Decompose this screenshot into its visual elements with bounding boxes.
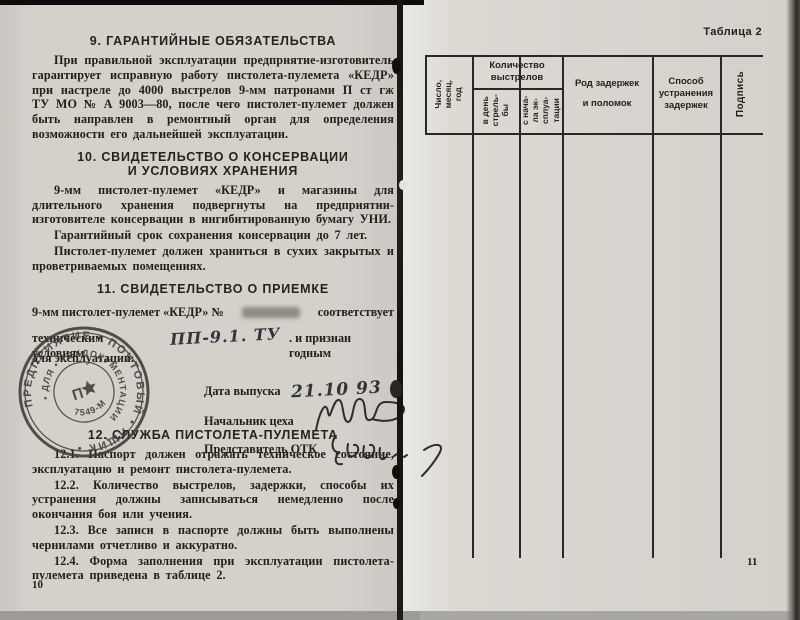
- log-table: Число, месяц, год Количество выстрелов в…: [425, 55, 763, 558]
- service-paragraph-12-4: 12.4. Форма заполнения при эксплуатации …: [32, 554, 394, 584]
- binding-paper-tear: [399, 180, 407, 190]
- stamp-outer-text: ПРЕДПРИЯТИЕ • ПОЧТОВЫЙ • ЯЩИК •: [6, 314, 162, 470]
- header-date-column: Число, месяц, год: [425, 55, 472, 133]
- svg-text:ПРЕДПРИЯТИЕ • ПОЧТОВЫЙ • ЯЩИК: ПРЕДПРИЯТИЕ • ПОЧТОВЫЙ • ЯЩИК •: [6, 314, 162, 470]
- table-caption: Таблица 2: [703, 26, 762, 38]
- section-10-heading-line1: 10. СВИДЕТЕЛЬСТВО О КОНСЕРВАЦИИ: [77, 150, 348, 164]
- header-signature-label: Подпись: [736, 71, 748, 117]
- scan-edge-right: [786, 0, 800, 620]
- chief-signature-row: Начальник цеха: [204, 414, 394, 428]
- header-shots-per-day: в день стрель- бы: [472, 88, 519, 133]
- binding-glue-spot: [392, 58, 401, 74]
- header-delays-column: Род задержек и поломок: [562, 55, 652, 133]
- otk-label: Представитель ОТК: [204, 442, 317, 456]
- storage-paragraph: Пистолет-пулемет должен храниться в сухи…: [32, 244, 394, 274]
- left-page-number: 10: [32, 579, 43, 591]
- acceptance-line-2-end: . и признан годным: [289, 331, 394, 361]
- header-remedy-column: Способ устранения задержек: [652, 55, 720, 133]
- binding-glue-spot: [392, 465, 401, 479]
- binding-glue-spot: [393, 498, 400, 509]
- header-signature-column: Подпись: [720, 55, 763, 133]
- header-shots-per-day-label: в день стрель- бы: [480, 94, 511, 126]
- book-binding: [397, 0, 403, 620]
- warranty-term-paragraph: Гарантийный срок сохранения консервации …: [32, 228, 394, 243]
- section-9-heading: 9. ГАРАНТИЙНЫЕ ОБЯЗАТЕЛЬСТВА: [32, 34, 394, 48]
- issue-date-label: Дата выпуска: [204, 384, 281, 399]
- conservation-paragraph: 9-мм пистолет-пулемет «КЕДР» и магазины …: [32, 183, 394, 227]
- acceptance-line-1-end: соответствует: [318, 305, 394, 320]
- binding-glue-spot: [390, 380, 402, 398]
- otk-signature-row: Представитель ОТК: [204, 442, 394, 456]
- section-10-heading-line2: И УСЛОВИЯХ ХРАНЕНИЯ: [32, 164, 394, 178]
- right-page-number: 11: [747, 556, 757, 568]
- serial-number-redacted: [242, 307, 300, 318]
- chief-label: Начальник цеха: [204, 414, 294, 428]
- scan-edge-top: [0, 0, 424, 5]
- header-shots-since-start: с нача- ла эк- сплуа- тации: [519, 88, 562, 133]
- section-10-heading: 10. СВИДЕТЕЛЬСТВО О КОНСЕРВАЦИИ И УСЛОВИ…: [32, 150, 394, 178]
- handwritten-tu-number: ПП-9.1. ТУ: [170, 324, 282, 349]
- service-paragraph-12-2: 12.2. Количество выстрелов, задержки, сп…: [32, 478, 394, 522]
- section-11-heading: 11. СВИДЕТЕЛЬСТВО О ПРИЕМКЕ: [32, 282, 394, 296]
- header-date-label: Число, месяц, год: [433, 80, 464, 109]
- service-paragraph-12-3: 12.3. Все записи в паспорте должны быть …: [32, 523, 394, 553]
- header-shot-count-group: Количество выстрелов: [472, 55, 562, 88]
- table-header-bottom-border: [425, 133, 763, 135]
- warranty-paragraph: При правильной эксплуатации предприятие-…: [32, 53, 394, 142]
- header-shots-since-start-label: с нача- ла эк- сплуа- тации: [520, 96, 561, 125]
